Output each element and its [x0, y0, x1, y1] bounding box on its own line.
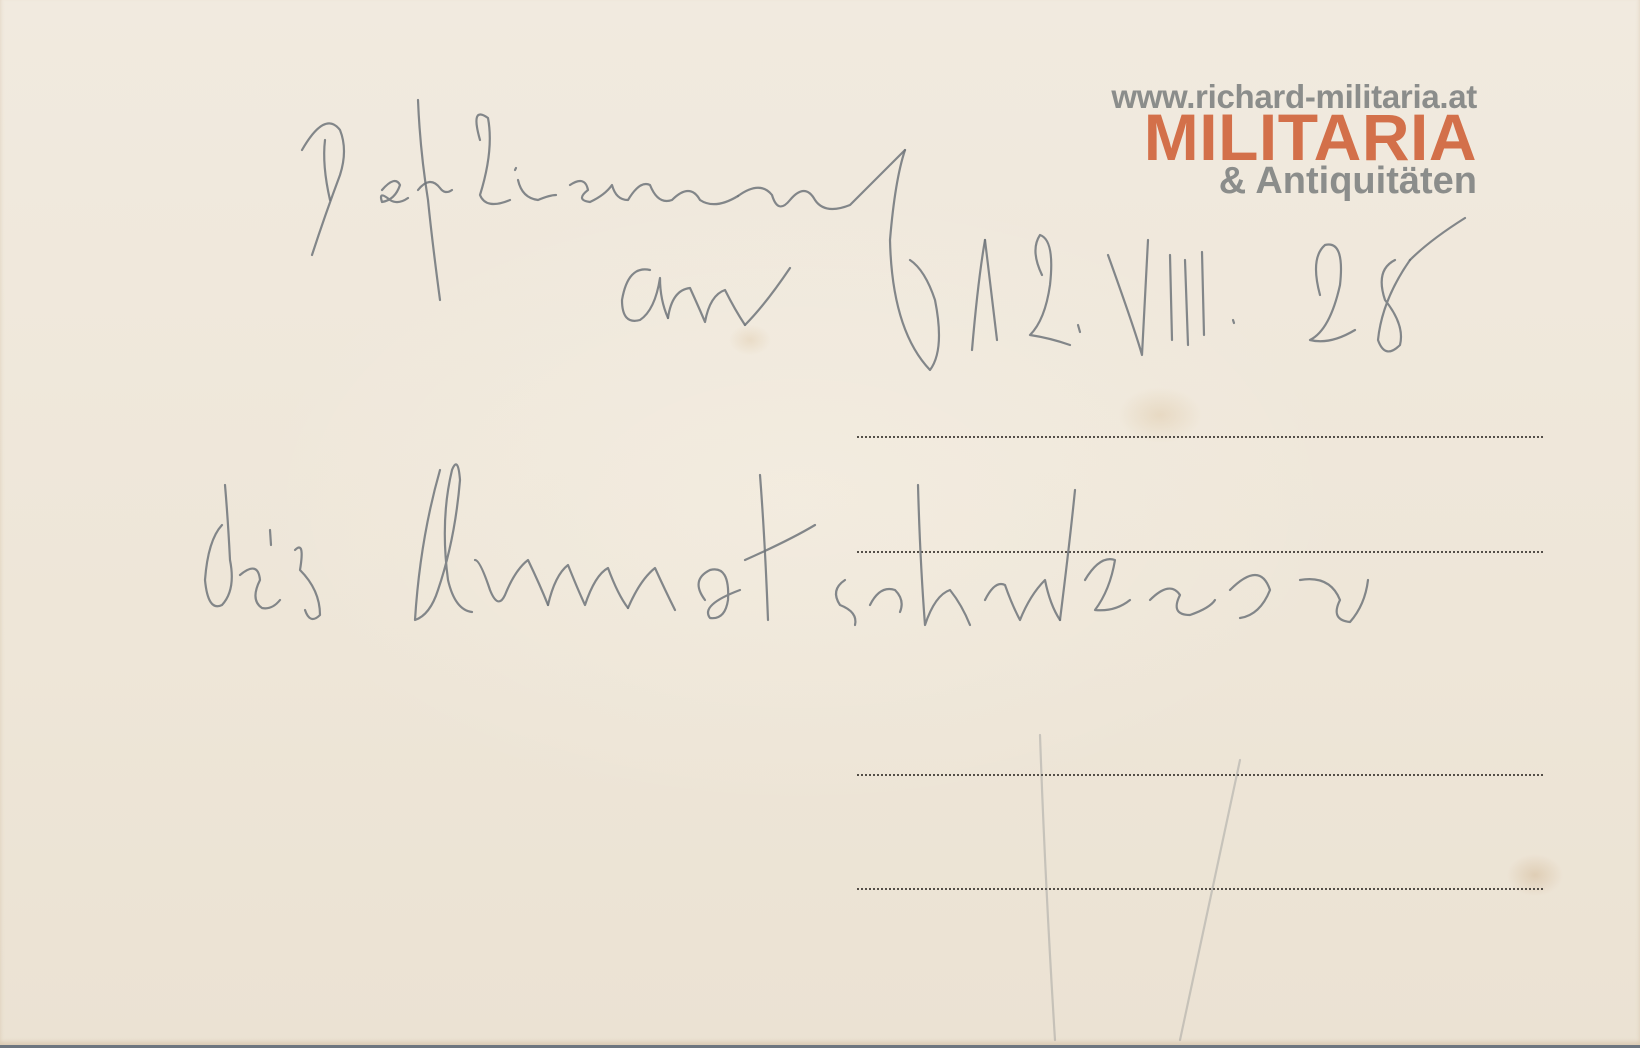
handwriting-line-3: des Heimatschutzes: [200, 460, 1370, 630]
postcard-back: www.richard-militaria.at MILITARIA & Ant…: [0, 0, 1640, 1045]
address-line-3: [857, 774, 1543, 776]
handwriting-date: 12. VIII. 28: [900, 230, 1420, 360]
address-line-1: [857, 436, 1543, 438]
address-line-4: [857, 888, 1543, 890]
watermark-logo: www.richard-militaria.at MILITARIA & Ant…: [1111, 80, 1477, 200]
watermark-brand: MILITARIA: [1111, 111, 1477, 161]
address-line-2: [857, 551, 1543, 553]
handwriting-line-1: Defilierung: [300, 100, 920, 300]
handwriting-am: am: [618, 258, 803, 338]
